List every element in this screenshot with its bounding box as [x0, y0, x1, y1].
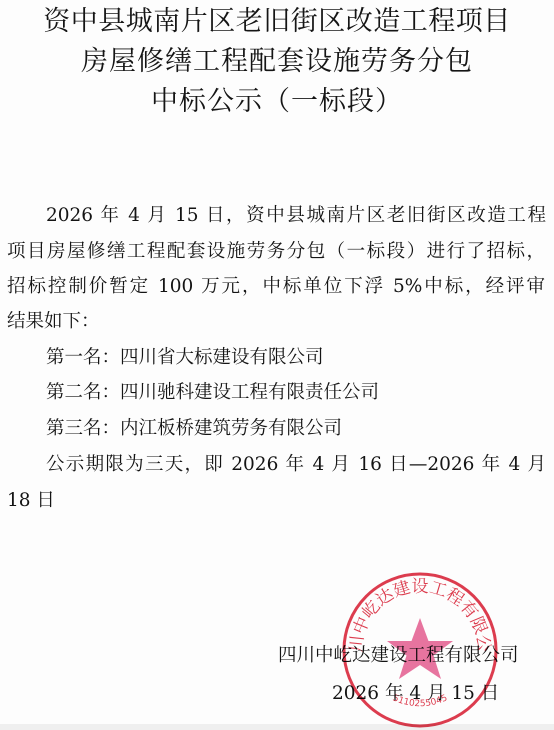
rank-label: 第一名：: [46, 347, 120, 368]
rank-label: 第三名：: [46, 418, 120, 439]
rank-company: 四川驰科建设工程有限责任公司: [120, 382, 379, 403]
title-line-1: 资中县城南片区老旧街区改造工程项目: [0, 2, 554, 42]
paragraph-line-2: 项目房屋修缮工程配套设施劳务分包（一标段）进行了招标，: [7, 234, 545, 270]
title-line-3: 中标公示（一标段）: [0, 82, 554, 122]
rank-company: 四川省大标建设有限公司: [120, 347, 324, 368]
document-page: 资中县城南片区老旧街区改造工程项目 房屋修缮工程配套设施劳务分包 中标公示（一标…: [0, 0, 554, 724]
company-seal-stamp: 四川中屹达建设工程有限公司 5110255045: [340, 570, 500, 730]
rank-label: 第二名：: [46, 382, 120, 403]
paragraph-line-1: 2026 年 4 月 15 日，资中县城南片区老旧街区改造工程: [46, 198, 546, 234]
notice-period-line-2: 18 日: [7, 483, 55, 519]
title-line-2: 房屋修缮工程配套设施劳务分包: [0, 42, 554, 82]
paragraph-line-3: 招标控制价暂定 100 万元，中标单位下浮 5%中标，经评审: [7, 269, 545, 305]
notice-period-line-1: 公示期限为三天，即 2026 年 4 月 16 日—2026 年 4 月: [46, 447, 546, 483]
star-icon: [387, 618, 453, 679]
ranking-first: 第一名：四川省大标建设有限公司: [46, 340, 324, 376]
ranking-third: 第三名：内江板桥建筑劳务有限公司: [46, 411, 342, 447]
paragraph-line-4: 结果如下：: [7, 304, 100, 340]
seal-code: 5110255045: [391, 693, 449, 709]
ranking-second: 第二名：四川驰科建设工程有限责任公司: [46, 375, 379, 411]
rank-company: 内江板桥建筑劳务有限公司: [120, 418, 342, 439]
